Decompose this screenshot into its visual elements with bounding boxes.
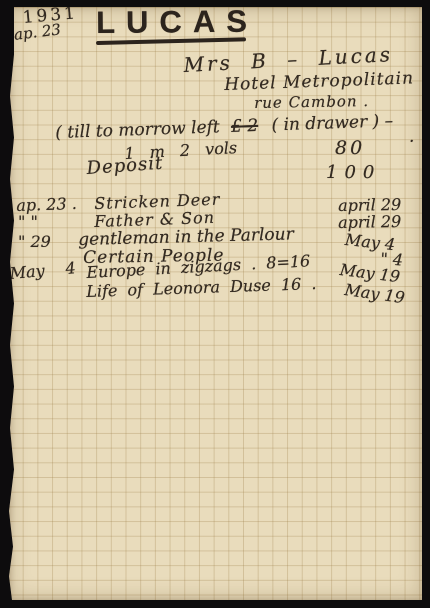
borrow-date: May 4 — [9, 259, 77, 282]
scan-background: 1931 ap. 23 LUCAS Mrs B – Lucas Hotel Me… — [0, 0, 430, 608]
memo-suffix: ( in drawer ) – — [271, 111, 393, 135]
member-address-line2: rue Cambon . — [254, 93, 369, 112]
lending-library-card: 1931 ap. 23 LUCAS Mrs B – Lucas Hotel Me… — [8, 7, 422, 600]
memo-prefix: ( till to morrow left — [55, 117, 220, 143]
deposit-label: Deposit — [86, 154, 164, 179]
card-title: LUCAS — [96, 5, 258, 41]
subscription-fee: 80 — [335, 138, 365, 159]
corner-date: ap. 23 — [13, 21, 62, 43]
memo-struck-amount: £ 2 — [231, 116, 259, 137]
return-date: april 29 — [338, 213, 401, 232]
borrow-date: " " — [18, 213, 38, 231]
memo-dot: . — [409, 128, 414, 147]
deposit-value: 100 — [326, 163, 381, 183]
member-address-line1: Hotel Metropolitain — [224, 69, 414, 94]
borrow-date: " 29 — [18, 233, 51, 251]
